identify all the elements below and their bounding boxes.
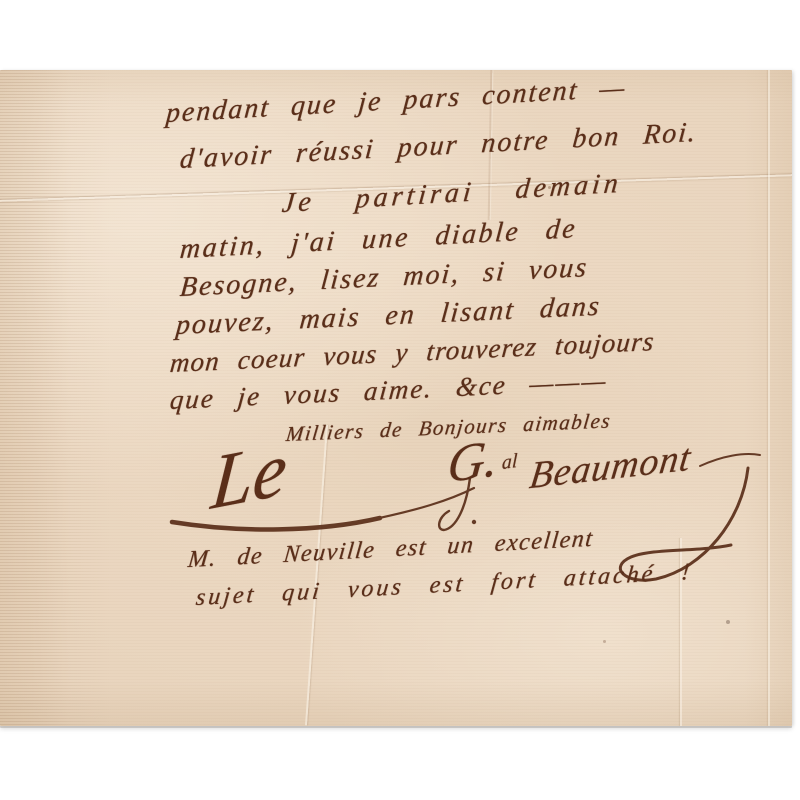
signature-flourish [0, 70, 792, 726]
ink-speck [548, 186, 551, 189]
paper-speck [726, 620, 730, 624]
ink-speck [603, 640, 606, 643]
screenshot-root: pendant que je pars content — d'avoir ré… [0, 0, 800, 800]
letter-photo: pendant que je pars content — d'avoir ré… [0, 70, 792, 726]
